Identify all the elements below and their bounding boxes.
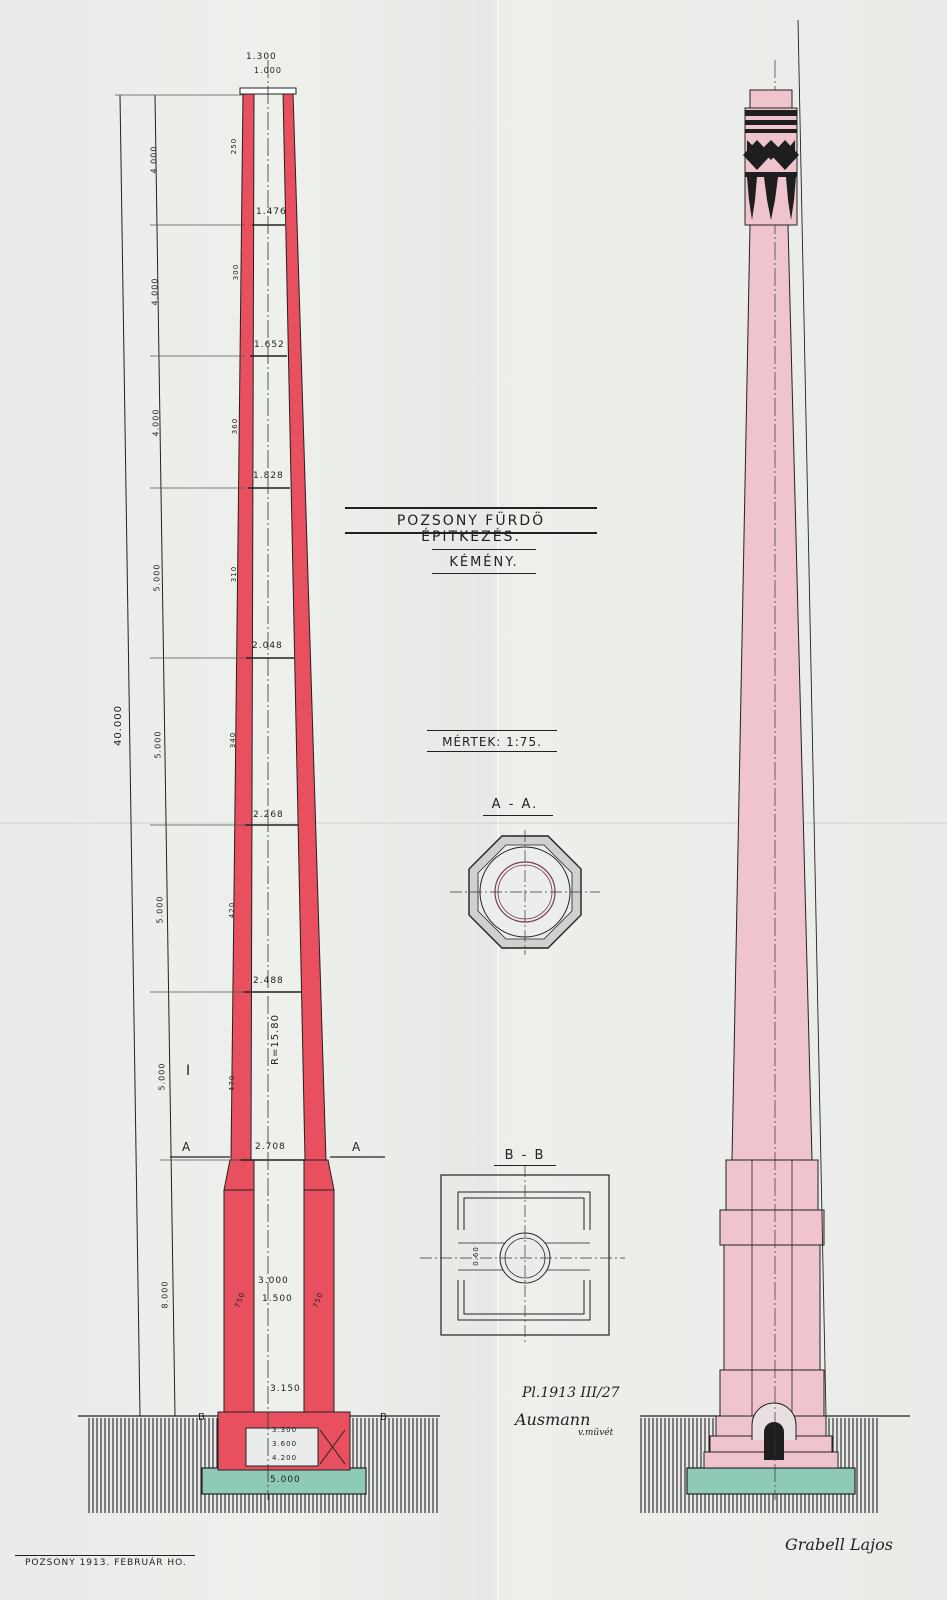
section-aa-label: A - A. <box>480 797 550 812</box>
approval-note: v.müvét <box>578 1428 613 1438</box>
plinth-dim: 3.150 <box>270 1384 301 1394</box>
title-rule-bottom <box>345 532 597 534</box>
wall-thickness-1: 250 <box>230 138 238 154</box>
foundation-width-dim: 5.000 <box>270 1475 301 1485</box>
roman-label: I <box>186 1063 191 1079</box>
section-view <box>78 60 440 1513</box>
wall-thickness-3: 360 <box>231 418 239 434</box>
dim-diameter-1: 1.476 <box>256 207 287 217</box>
bb-opening-dim: 0.60 <box>472 1246 480 1266</box>
scale-rule-bottom <box>427 751 557 752</box>
footer-rule <box>15 1555 195 1556</box>
wall-thickness-4: 310 <box>230 566 238 582</box>
wall-thickness-7: 470 <box>228 1075 236 1091</box>
dim-top-inner: 1.000 <box>254 66 282 75</box>
dim-top-outer: 1.300 <box>246 52 277 62</box>
approval-signature: Ausmann <box>515 1410 590 1429</box>
dim-diameter-6: 2.488 <box>253 976 284 986</box>
dim-diameter-5: 2.268 <box>253 810 284 820</box>
segment-height-7: 5.000 <box>157 1063 166 1091</box>
segment-height-4: 5.000 <box>152 564 161 592</box>
base-outer-dim: 3.000 <box>258 1276 289 1286</box>
drawing-subtitle: KÉMÉNY. <box>432 555 536 570</box>
lower-dim-2: 3.600 <box>272 1440 297 1448</box>
subtitle-rule-top <box>432 549 536 550</box>
section-bb-drawing <box>420 1165 625 1345</box>
elevation-view <box>640 20 910 1513</box>
segment-height-6: 5.000 <box>155 896 164 924</box>
segment-height-1: 4.000 <box>149 146 158 174</box>
footer-date: POZSONY 1913. FEBRUÁR HO. <box>25 1558 187 1568</box>
section-bb-rule <box>494 1165 556 1166</box>
segment-height-3: 4.000 <box>151 409 160 437</box>
dim-diameter-4: 2.048 <box>252 641 283 651</box>
section-bb-label: B - B <box>490 1148 560 1163</box>
right-wall <box>283 92 326 1160</box>
segment-height-5: 5.000 <box>153 731 162 759</box>
total-height-label: 40.000 <box>113 705 124 746</box>
scale-label: MÉRTEK: 1:75. <box>427 735 557 749</box>
dim-diameter-2: 1.652 <box>254 340 285 350</box>
wall-thickness-2: 300 <box>232 264 240 280</box>
wall-thickness-5: 340 <box>229 732 237 748</box>
base-inner-dim: 1.500 <box>262 1294 293 1304</box>
chimney-drawing <box>0 0 947 1600</box>
dim-diameter-3: 1.828 <box>253 471 284 481</box>
radius-label: R=15.80 <box>270 1014 281 1065</box>
segment-height-2: 4.000 <box>150 278 159 306</box>
elevation-foundation <box>687 1468 855 1494</box>
section-a-marker-right: A <box>352 1140 361 1154</box>
section-b-marker-right: B <box>380 1412 388 1423</box>
section-a-marker-left: A <box>182 1140 191 1154</box>
section-b-marker-left: B <box>198 1412 206 1423</box>
architect-signature: Grabell Lajos <box>785 1535 893 1554</box>
segment-height-8: 8.000 <box>160 1281 169 1309</box>
left-wall <box>231 92 254 1160</box>
wall-thickness-6: 420 <box>228 902 236 918</box>
drawing-title: POZSONY FÜRDÖ ÉPITKEZÉS. <box>345 513 597 545</box>
subtitle-rule-bottom <box>432 573 536 574</box>
lower-dim-1: 3.300 <box>272 1426 297 1434</box>
section-aa-drawing <box>450 830 600 955</box>
section-aa-rule <box>483 815 553 816</box>
scale-rule-top <box>427 730 557 731</box>
dim-diameter-7: 2.708 <box>255 1142 286 1152</box>
elevation-shaft <box>732 225 812 1160</box>
approval-date: Pl.1913 III/27 <box>522 1385 620 1401</box>
title-rule-top <box>345 507 597 509</box>
lower-dim-3: 4.200 <box>272 1454 297 1462</box>
